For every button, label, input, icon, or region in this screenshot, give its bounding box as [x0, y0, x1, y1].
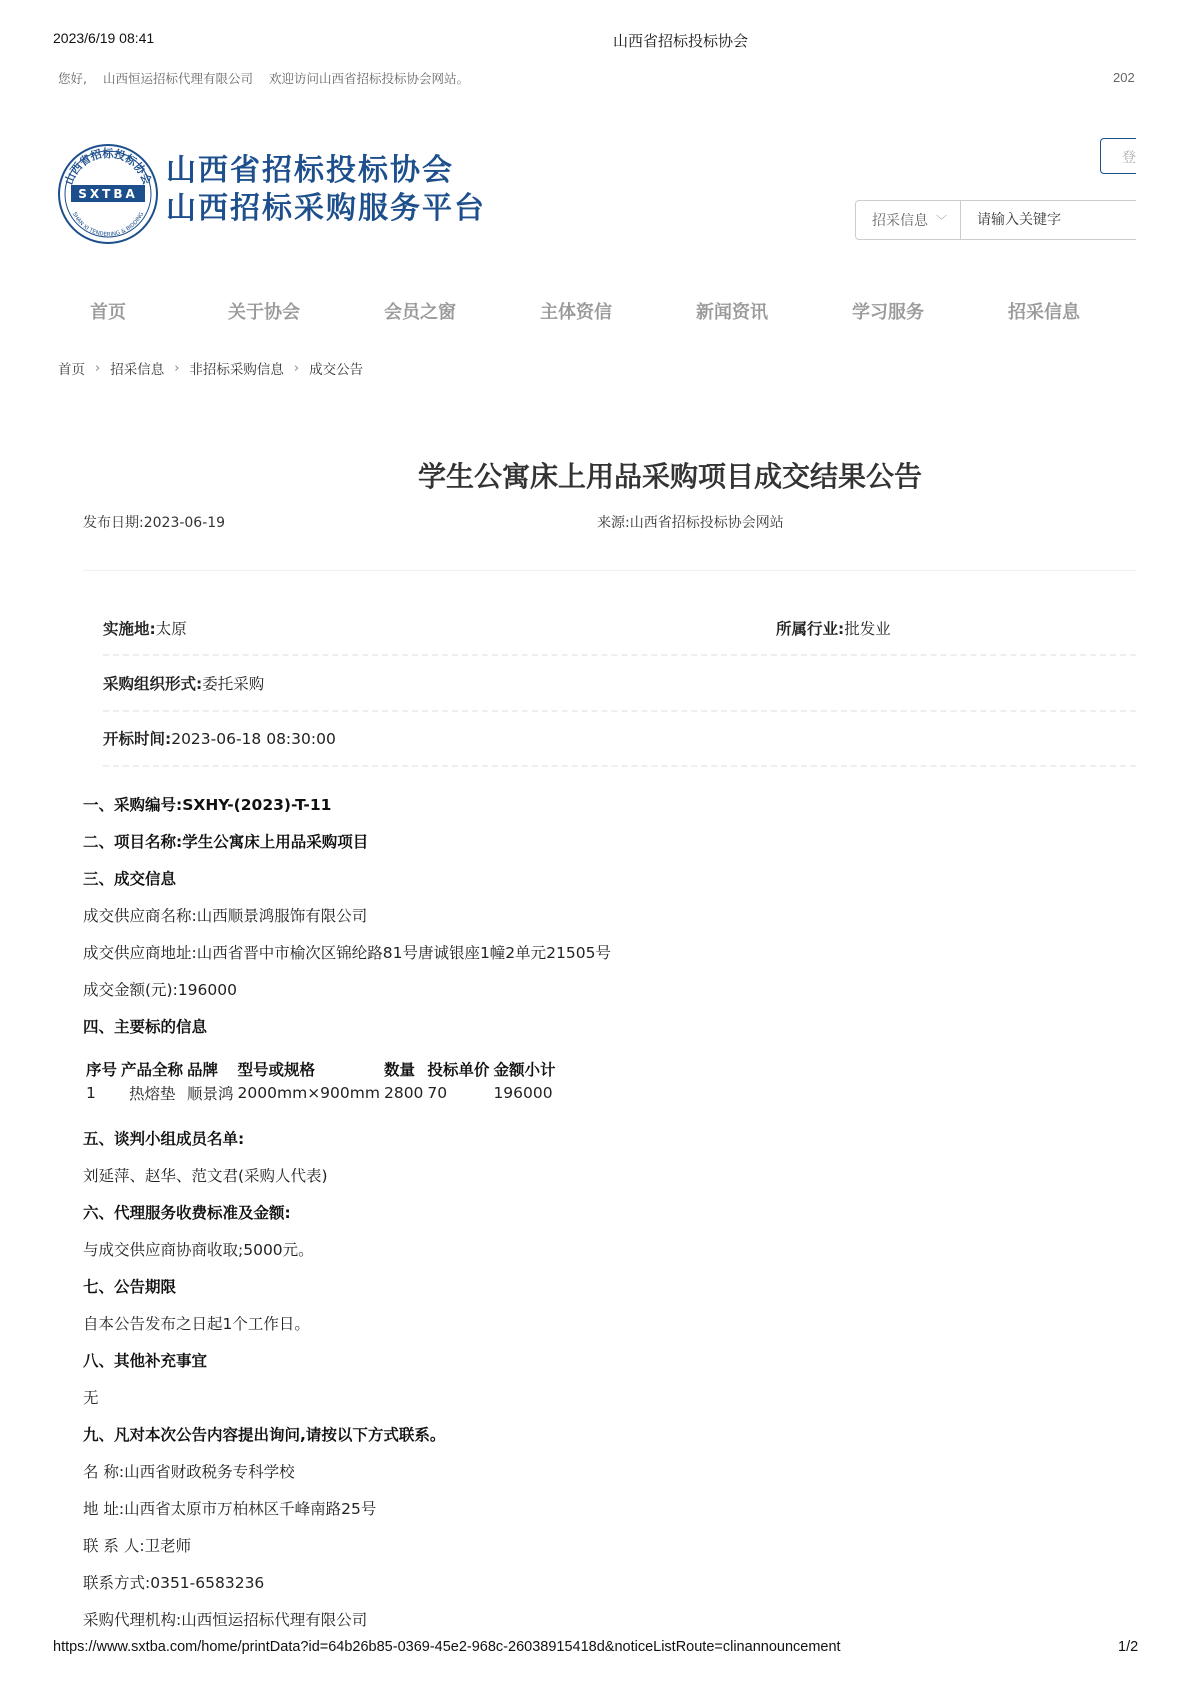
- col-index: 序号: [86, 1057, 121, 1081]
- breadcrumb-home[interactable]: 首页: [58, 358, 85, 378]
- nav-item-members[interactable]: 会员之窗: [384, 298, 456, 324]
- chevron-right-icon: ›: [294, 361, 299, 376]
- welcome-greeting: 您好,: [58, 71, 87, 86]
- publish-date-value: 2023-06-19: [144, 515, 225, 531]
- print-datetime: 2023/6/19 08:41: [53, 30, 154, 46]
- info-industry-value: 批发业: [844, 620, 891, 638]
- print-footer-url: https://www.sxtba.com/home/printData?id=…: [53, 1639, 841, 1655]
- print-page-title: 山西省招标投标协会: [613, 30, 748, 51]
- svg-text:SXTBA: SXTBA: [78, 187, 138, 201]
- dashed-divider: [103, 710, 1136, 712]
- cell-unit-price: 70: [427, 1081, 493, 1105]
- info-location-label: 实施地:: [103, 620, 156, 638]
- section-deal-info: 三、成交信息: [83, 867, 176, 889]
- section-other: 八、其他补充事宜: [83, 1349, 207, 1371]
- breadcrumb: 首页 › 招采信息 › 非招标采购信息 › 成交公告: [58, 358, 363, 378]
- sxtba-emblem-icon: 山西省招标投标协会 SXTBA SHAN XI TENDERING & BIDD…: [57, 143, 159, 245]
- site-title-line2: 山西招标采购服务平台: [166, 190, 486, 228]
- col-unit-price: 投标单价: [427, 1057, 493, 1081]
- chevron-down-icon: ﹀: [936, 212, 947, 228]
- supplier-address: 成交供应商地址:山西省晋中市榆次区锦纶路81号唐诚银座1幢2单元21505号: [83, 941, 611, 963]
- nav-item-learning[interactable]: 学习服务: [852, 298, 924, 324]
- source-label: 来源:: [597, 515, 630, 531]
- other-matters: 无: [83, 1386, 99, 1408]
- nav-item-home[interactable]: 首页: [90, 298, 126, 324]
- main-nav: 首页 关于协会 会员之窗 主体资信 新闻资讯 学习服务 招采信息: [50, 298, 1150, 328]
- info-org-form-value: 委托采购: [202, 675, 264, 693]
- col-quantity: 数量: [384, 1057, 427, 1081]
- document-title: 学生公寓床上用品采购项目成交结果公告: [0, 455, 1189, 495]
- source-value: 山西省招标投标协会网站: [630, 515, 784, 531]
- col-subtotal: 金额小计: [493, 1057, 559, 1081]
- supplier-name: 成交供应商名称:山西顺景鸿服饰有限公司: [83, 904, 367, 926]
- table-row: 1 热熔垫 顺景鸿 2000mm×900mm 2800 70 196000: [86, 1081, 559, 1105]
- procurement-agency: 采购代理机构:山西恒运招标代理有限公司: [83, 1608, 367, 1630]
- info-location-value: 太原: [156, 620, 187, 638]
- info-industry: 所属行业:批发业: [776, 617, 891, 639]
- chevron-right-icon: ›: [174, 361, 179, 376]
- search-category-label: 招采信息: [872, 210, 928, 230]
- nav-item-credit[interactable]: 主体资信: [540, 298, 612, 324]
- cell-product: 热熔垫: [121, 1081, 187, 1105]
- table-header-row: 序号 产品全称 品牌 型号或规格 数量 投标单价 金额小计: [86, 1057, 559, 1081]
- info-open-time-label: 开标时间:: [103, 730, 171, 748]
- cell-subtotal: 196000: [493, 1081, 559, 1105]
- document-source: 来源:山西省招标投标协会网站: [597, 512, 784, 532]
- section-notice-period: 七、公告期限: [83, 1275, 176, 1297]
- nav-item-procurement[interactable]: 招采信息: [1008, 298, 1080, 324]
- info-open-time-value: 2023-06-18 08:30:00: [171, 730, 336, 748]
- contact-phone: 联系方式:0351-6583236: [83, 1571, 264, 1593]
- contact-name: 名 称:山西省财政税务专科学校: [83, 1460, 295, 1482]
- info-org-form-label: 采购组织形式:: [103, 675, 202, 693]
- items-table: 序号 产品全称 品牌 型号或规格 数量 投标单价 金额小计 1 热熔垫 顺景鸿 …: [86, 1057, 559, 1105]
- section-project-name: 二、项目名称:学生公寓床上用品采购项目: [83, 830, 368, 852]
- page-clip-mask: [1136, 100, 1189, 260]
- nav-item-about[interactable]: 关于协会: [228, 298, 300, 324]
- notice-period: 自本公告发布之日起1个工作日。: [83, 1312, 310, 1334]
- publish-date: 发布日期:2023-06-19: [83, 512, 225, 532]
- welcome-message: 欢迎访问山西省招标投标协会网站。: [269, 71, 469, 86]
- section-contact: 九、凡对本次公告内容提出询问,请按以下方式联系。: [83, 1423, 445, 1445]
- dashed-divider: [103, 765, 1136, 767]
- agency-fee: 与成交供应商协商收取;5000元。: [83, 1238, 314, 1260]
- welcome-right-text: 202: [1113, 70, 1135, 85]
- site-logo[interactable]: 山西省招标投标协会 SXTBA SHAN XI TENDERING & BIDD…: [57, 143, 159, 245]
- info-org-form: 采购组织形式:委托采购: [103, 672, 264, 694]
- dashed-divider: [103, 654, 1136, 656]
- site-title: 山西省招标投标协会 山西招标采购服务平台: [166, 152, 486, 228]
- nav-item-news[interactable]: 新闻资讯: [696, 298, 768, 324]
- search-category-select[interactable]: 招采信息 ﹀: [856, 201, 961, 239]
- section-panel-members: 五、谈判小组成员名单:: [83, 1127, 244, 1149]
- cell-brand: 顺景鸿: [187, 1081, 238, 1105]
- cell-spec: 2000mm×900mm: [238, 1081, 384, 1105]
- publish-date-label: 发布日期:: [83, 515, 144, 531]
- panel-members: 刘延萍、赵华、范文君(采购人代表): [83, 1164, 328, 1186]
- col-product: 产品全称: [121, 1057, 187, 1081]
- info-open-time: 开标时间:2023-06-18 08:30:00: [103, 727, 336, 749]
- cell-quantity: 2800: [384, 1081, 427, 1105]
- welcome-bar: 您好, 山西恒运招标代理有限公司 欢迎访问山西省招标投标协会网站。: [58, 69, 481, 87]
- divider: [83, 570, 1136, 571]
- welcome-company[interactable]: 山西恒运招标代理有限公司: [103, 71, 253, 86]
- breadcrumb-non-tender[interactable]: 非招标采购信息: [189, 358, 284, 378]
- section-main-items: 四、主要标的信息: [83, 1015, 207, 1037]
- col-brand: 品牌: [187, 1057, 238, 1081]
- section-procurement-number: 一、采购编号:SXHY-(2023)-T-11: [83, 793, 331, 815]
- print-page-number: 1/2: [1118, 1639, 1138, 1655]
- chevron-right-icon: ›: [95, 361, 100, 376]
- info-location: 实施地:太原: [103, 617, 187, 639]
- section-agency-fee: 六、代理服务收费标准及金额:: [83, 1201, 291, 1223]
- contact-address: 地 址:山西省太原市万柏林区千峰南路25号: [83, 1497, 376, 1519]
- col-spec: 型号或规格: [238, 1057, 384, 1081]
- contact-person: 联 系 人:卫老师: [83, 1534, 191, 1556]
- breadcrumb-procurement[interactable]: 招采信息: [110, 358, 164, 378]
- site-title-line1: 山西省招标投标协会: [166, 152, 486, 190]
- info-industry-label: 所属行业:: [776, 620, 844, 638]
- cell-index: 1: [86, 1081, 121, 1105]
- deal-amount: 成交金额(元):196000: [83, 978, 237, 1000]
- breadcrumb-current: 成交公告: [309, 358, 363, 378]
